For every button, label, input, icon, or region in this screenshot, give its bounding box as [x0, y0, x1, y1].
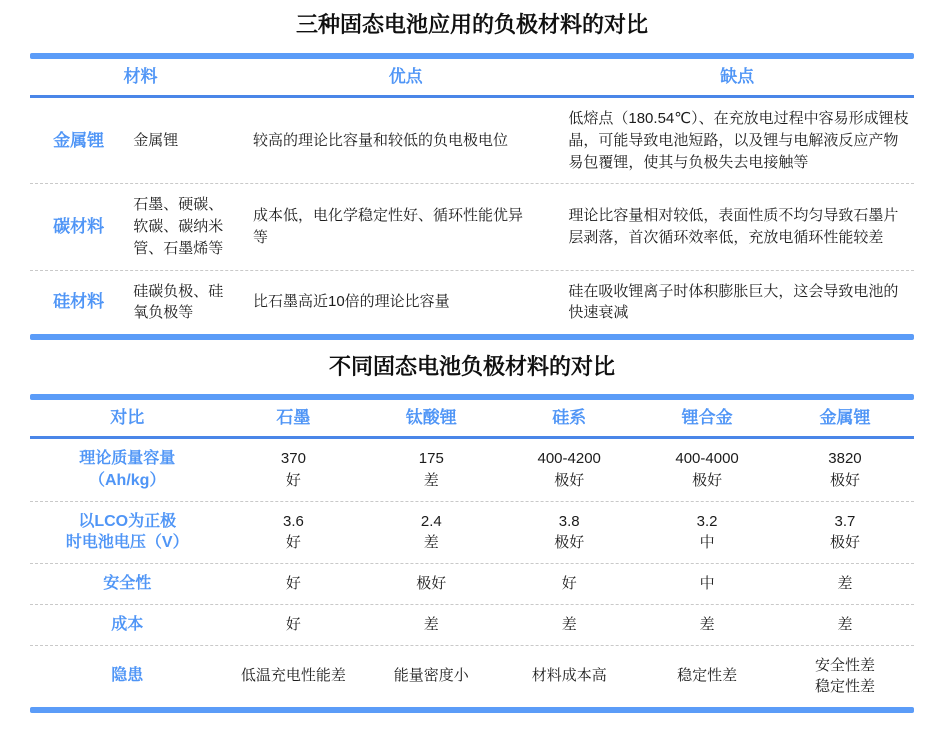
table-row: 安全性 好 极好 好 中 差: [30, 563, 914, 604]
table2-header-graphite: 石墨: [224, 407, 362, 429]
row-label: 以LCO为正极 时电池电压（V）: [30, 511, 224, 555]
cell-material-name: 石墨、硬碳、软碳、碳纳米管、石墨烯等: [127, 194, 251, 259]
table-row: 金属锂 金属锂 较高的理论比容量和较低的负电极电位 低熔点（180.54℃）、在…: [30, 98, 914, 183]
table2-bottom-border: [30, 707, 914, 713]
table2-title: 不同固态电池负极材料的对比: [30, 354, 914, 380]
table1-title: 三种固态电池应用的负极材料的对比: [30, 12, 914, 38]
table-row: 理论质量容量 （Ah/kg） 370 好 175 差 400-4200 极好 4…: [30, 439, 914, 501]
row-label: 成本: [30, 614, 224, 636]
cell-advantage: 成本低，电化学稳定性好、循环性能优异等: [251, 205, 560, 249]
cell-value: 好: [500, 573, 638, 595]
cell-value: 3.8 极好: [500, 511, 638, 555]
row-category: 碳材料: [30, 216, 127, 238]
row-category: 硅材料: [30, 291, 127, 313]
cell-disadvantage: 低熔点（180.54℃）、在充放电过程中容易形成锂枝晶，可能导致电池短路，以及锂…: [560, 108, 914, 173]
table1-header-disadvantage: 缺点: [560, 66, 914, 88]
cell-value: 175 差: [362, 448, 500, 492]
table2-header-li-alloy: 锂合金: [638, 407, 776, 429]
table-row: 碳材料 石墨、硬碳、软碳、碳纳米管、石墨烯等 成本低，电化学稳定性好、循环性能优…: [30, 183, 914, 269]
table1-bottom-border: [30, 334, 914, 340]
cell-value: 400-4000 极好: [638, 448, 776, 492]
cell-value: 差: [776, 573, 914, 595]
table-row: 成本 好 差 差 差 差: [30, 604, 914, 645]
cell-value: 好: [224, 614, 362, 636]
cell-value: 中: [638, 573, 776, 595]
cell-value: 好: [224, 573, 362, 595]
cell-value: 能量密度小: [362, 665, 500, 687]
row-label: 理论质量容量 （Ah/kg）: [30, 448, 224, 492]
row-category: 金属锂: [30, 130, 127, 152]
table1-header-advantage: 优点: [251, 66, 560, 88]
cell-value: 安全性差 稳定性差: [776, 655, 914, 699]
cell-value: 3.6 好: [224, 511, 362, 555]
cell-value: 材料成本高: [500, 665, 638, 687]
table2-header-row: 对比 石墨 钛酸锂 硅系 锂合金 金属锂: [30, 400, 914, 436]
cell-value: 400-4200 极好: [500, 448, 638, 492]
cell-value: 2.4 差: [362, 511, 500, 555]
table2-header-lto: 钛酸锂: [362, 407, 500, 429]
row-label: 安全性: [30, 573, 224, 595]
cell-value: 极好: [362, 573, 500, 595]
table-row: 以LCO为正极 时电池电压（V） 3.6 好 2.4 差 3.8 极好 3.2 …: [30, 501, 914, 564]
cell-disadvantage: 硅在吸收锂离子时体积膨胀巨大，这会导致电池的快速衰减: [560, 281, 914, 325]
cell-material-name: 金属锂: [127, 130, 251, 152]
cell-value: 3820 极好: [776, 448, 914, 492]
table-row: 硅材料 硅碳负极、硅氧负极等 比石墨高近10倍的理论比容量 硅在吸收锂离子时体积…: [30, 270, 914, 335]
cell-value: 差: [638, 614, 776, 636]
cell-value: 稳定性差: [638, 665, 776, 687]
table2-header-li-metal: 金属锂: [776, 407, 914, 429]
table1-header-material: 材料: [30, 66, 251, 88]
page: 三种固态电池应用的负极材料的对比 材料 优点 缺点 金属锂 金属锂 较高的理论比…: [0, 12, 944, 713]
cell-value: 低温充电性能差: [224, 665, 362, 687]
cell-value: 差: [500, 614, 638, 636]
table-row: 隐患 低温充电性能差 能量密度小 材料成本高 稳定性差 安全性差 稳定性差: [30, 645, 914, 708]
cell-value: 差: [362, 614, 500, 636]
cell-advantage: 较高的理论比容量和较低的负电极电位: [251, 130, 560, 152]
cell-advantage: 比石墨高近10倍的理论比容量: [251, 291, 560, 313]
table1-header-row: 材料 优点 缺点: [30, 59, 914, 95]
row-label: 隐患: [30, 665, 224, 687]
cell-value: 3.2 中: [638, 511, 776, 555]
cell-disadvantage: 理论比容量相对较低，表面性质不均匀导致石墨片层剥落，首次循环效率低，充放电循环性…: [560, 205, 914, 249]
cell-value: 差: [776, 614, 914, 636]
cell-value: 3.7 极好: [776, 511, 914, 555]
cell-value: 370 好: [224, 448, 362, 492]
cell-material-name: 硅碳负极、硅氧负极等: [127, 281, 251, 325]
table2-header-compare: 对比: [30, 407, 224, 429]
table2-header-silicon: 硅系: [500, 407, 638, 429]
